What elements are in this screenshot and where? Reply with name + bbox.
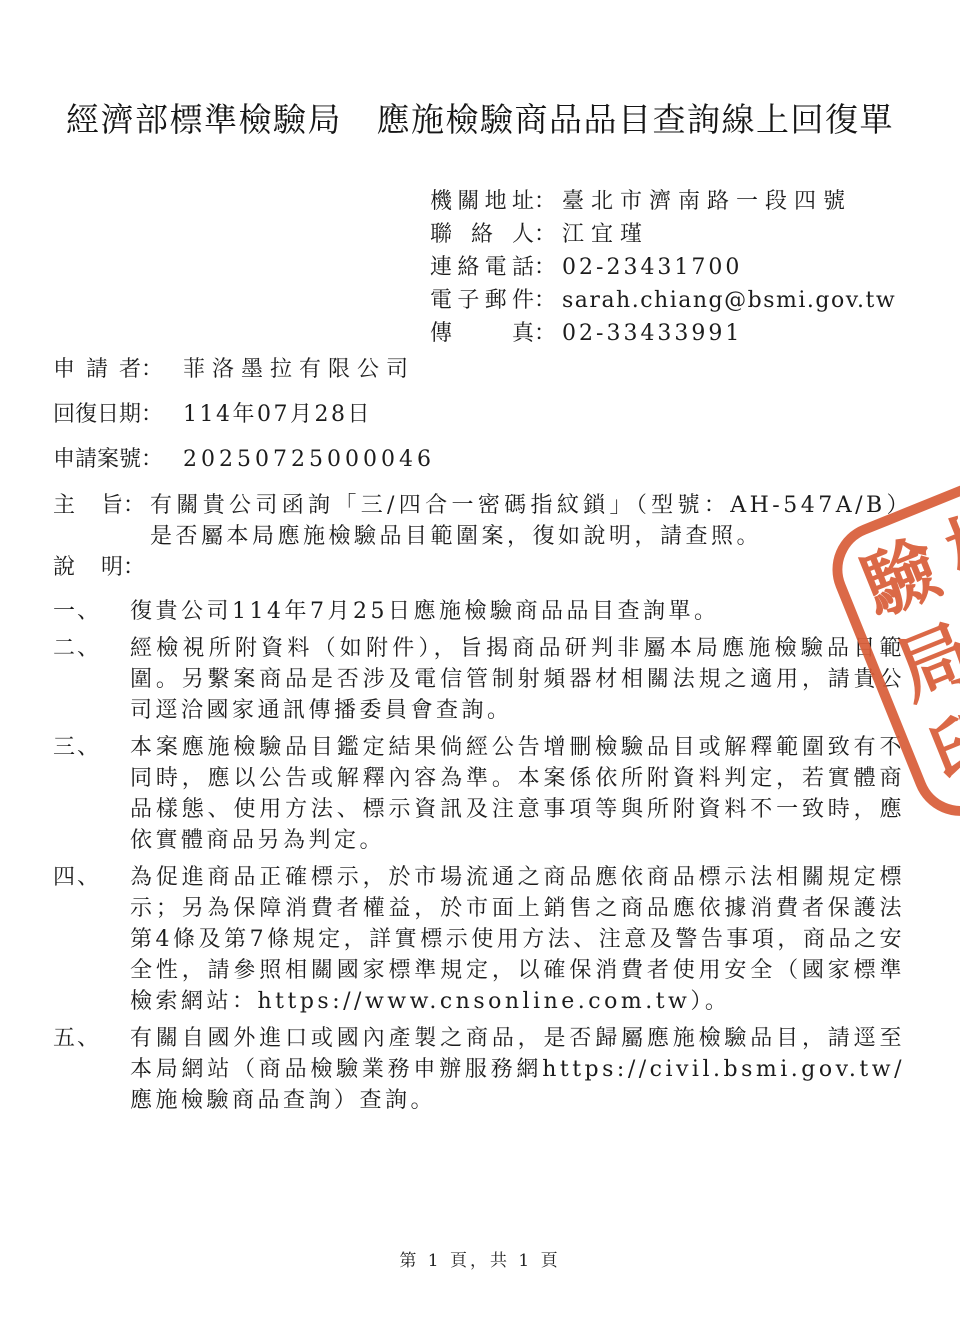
agency-address: 臺北市濟南路一段四號 <box>562 189 852 214</box>
field-label: 申 請 者 <box>53 355 141 385</box>
field-label: 回復日期 <box>53 400 141 430</box>
list-item: 四、 為促進商品正確標示，於市場流通之商品應依商品標示法相關規定標示；另為保障消… <box>53 862 960 1017</box>
colon: ： <box>141 355 163 385</box>
contact-label: 聯 絡 人 <box>430 218 534 251</box>
explanation-items: 一、 復貴公司114年7月25日應施檢驗商品品目查詢單。 二、 經檢視所附資料（… <box>53 596 960 1116</box>
colon: ： <box>534 218 556 251</box>
contact-row: 機關地址：臺北市濟南路一段四號 <box>430 185 960 218</box>
item-number: 二、 <box>53 633 130 726</box>
list-item: 五、 有關自國外進口或國內產製之商品，是否歸屬應施檢驗品目，請逕至本局網站（商品… <box>53 1023 960 1116</box>
item-text: 經檢視所附資料（如附件），旨揭商品研判非屬本局應施檢驗品目範圍。另繫案商品是否涉… <box>130 633 905 726</box>
list-item: 三、 本案應施檢驗品目鑑定結果倘經公告增刪檢驗品目或解釋範圍致有不同時，應以公告… <box>53 732 960 856</box>
explanation-row: 說 明： <box>53 552 960 583</box>
contact-row: 聯 絡 人：江宜瑾 <box>430 218 960 251</box>
field-label: 申請案號 <box>53 445 141 475</box>
contact-block: 機關地址：臺北市濟南路一段四號 聯 絡 人：江宜瑾 連絡電話：02-234317… <box>430 185 960 350</box>
contact-label: 電子郵件 <box>430 284 534 317</box>
item-text: 有關自國外進口或國內產製之商品，是否歸屬應施檢驗品目，請逕至本局網站（商品檢驗業… <box>130 1023 905 1116</box>
colon: ： <box>141 400 163 430</box>
footer-page-indicator: 第 1 頁，共 1 頁 <box>0 1246 960 1271</box>
contact-person: 江宜瑾 <box>562 222 649 247</box>
list-item: 一、 復貴公司114年7月25日應施檢驗商品品目查詢單。 <box>53 596 960 627</box>
applicant-name: 菲洛墨拉有限公司 <box>183 357 415 382</box>
colon: ： <box>123 490 145 552</box>
field-row: 回復日期：114年07月28日 <box>53 400 960 430</box>
colon: ： <box>534 251 556 284</box>
fields-block: 申 請 者：菲洛墨拉有限公司 回復日期：114年07月28日 申請案號：2025… <box>53 355 960 475</box>
case-number: 20250725000046 <box>183 447 435 472</box>
item-number: 三、 <box>53 732 130 856</box>
contact-label: 連絡電話 <box>430 251 534 284</box>
colon: ： <box>123 552 145 583</box>
contact-row: 電子郵件：sarah.chiang@bsmi.gov.tw <box>430 284 960 317</box>
item-text: 復貴公司114年7月25日應施檢驗商品品目查詢單。 <box>130 596 905 627</box>
contact-row: 連絡電話：02-23431700 <box>430 251 960 284</box>
colon: ： <box>534 317 556 350</box>
colon: ： <box>534 185 556 218</box>
item-text: 為促進商品正確標示，於市場流通之商品應依商品標示法相關規定標示；另為保障消費者權… <box>130 862 905 1017</box>
subject-label: 主 旨 <box>53 490 123 552</box>
contact-email: sarah.chiang@bsmi.gov.tw <box>562 288 896 313</box>
document-page: 經濟部標準檢驗局 應施檢驗商品品目查詢線上回復單 機關地址：臺北市濟南路一段四號… <box>0 0 960 1344</box>
contact-phone: 02-23431700 <box>562 255 742 280</box>
colon: ： <box>141 445 163 475</box>
contact-fax: 02-33433991 <box>562 321 742 346</box>
item-number: 一、 <box>53 596 130 627</box>
reply-date: 114年07月28日 <box>183 402 372 427</box>
item-number: 五、 <box>53 1023 130 1116</box>
item-text: 本案應施檢驗品目鑑定結果倘經公告增刪檢驗品目或解釋範圍致有不同時，應以公告或解釋… <box>130 732 905 856</box>
subject-text: 有關貴公司函詢「三/四合一密碼指紋鎖」（型號：AH-547A/B）是否屬本局應施… <box>150 490 912 552</box>
contact-label: 傳 真 <box>430 317 534 350</box>
colon: ： <box>534 284 556 317</box>
item-number: 四、 <box>53 862 130 1017</box>
explanation-label: 說 明 <box>53 552 123 583</box>
field-row: 申請案號：20250725000046 <box>53 445 960 475</box>
subject-row: 主 旨： 有關貴公司函詢「三/四合一密碼指紋鎖」（型號：AH-547A/B）是否… <box>53 490 960 552</box>
contact-row: 傳 真：02-33433991 <box>430 317 960 350</box>
field-row: 申 請 者：菲洛墨拉有限公司 <box>53 355 960 385</box>
contact-label: 機關地址 <box>430 185 534 218</box>
list-item: 二、 經檢視所附資料（如附件），旨揭商品研判非屬本局應施檢驗品目範圍。另繫案商品… <box>53 633 960 726</box>
page-title: 經濟部標準檢驗局 應施檢驗商品品目查詢線上回復單 <box>0 0 960 139</box>
